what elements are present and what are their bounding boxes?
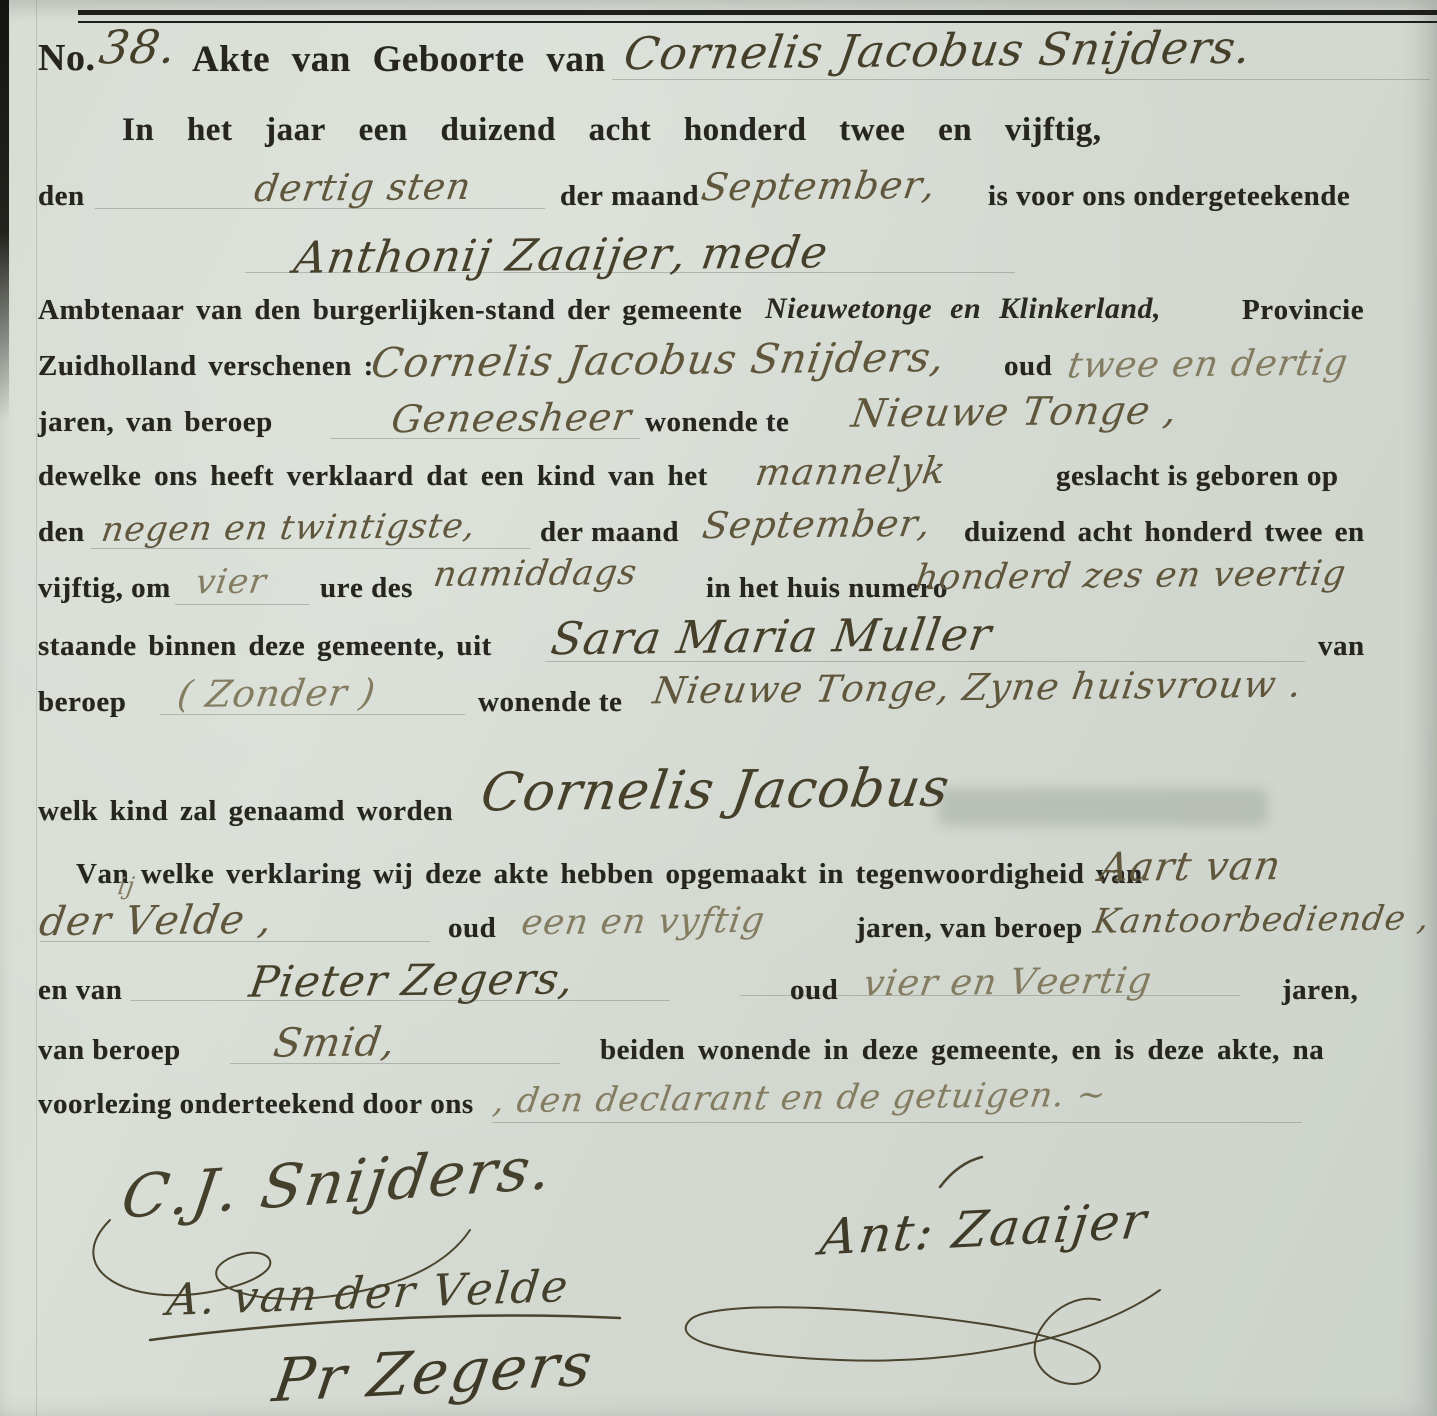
oud-label-3: oud	[790, 974, 838, 1007]
signature-official-flourish	[660, 1270, 1180, 1390]
municipality-name: Nieuwetonge en Klinkerland,	[765, 292, 1161, 326]
witness1-name-b: der Velde ,	[36, 897, 275, 945]
child-named-label: welk kind zal genaamd worden	[38, 795, 453, 828]
margin-line	[36, 0, 37, 1416]
day-part: namiddags	[431, 553, 640, 595]
van-label: van	[1318, 630, 1365, 663]
registrar-name: Anthonij Zaaijer, mede	[291, 227, 832, 284]
signed-by-handwritten: , den declarant en de getuigen. ~	[491, 1075, 1110, 1121]
jaren-label: jaren,	[1282, 974, 1358, 1007]
der-maand-label-2: der maand	[540, 516, 679, 549]
oud-label-2: oud	[448, 912, 496, 945]
wonende-te-1: wonende te	[645, 406, 789, 439]
wonende-te-2: wonende te	[478, 686, 622, 719]
birth-hour: vier	[193, 562, 269, 603]
jaren-van-beroep-1: jaren, van beroep	[38, 406, 273, 439]
declarant-residence: Nieuwe Tonge ,	[848, 388, 1180, 436]
den-label-2: den	[38, 516, 85, 549]
witness2-occupation: Smid,	[271, 1019, 399, 1066]
registered-child-name: Cornelis Jacobus Snijders.	[621, 21, 1256, 81]
act-title: Akte van Geboorte van	[192, 38, 605, 81]
ure-des-label: ure des	[320, 572, 413, 605]
jaren-van-beroep-2: jaren, van beroep	[856, 912, 1083, 945]
before-us-text: is voor ons ondergeteekende	[988, 180, 1350, 213]
both-residing: beiden wonende in deze gemeente, en is d…	[600, 1034, 1324, 1067]
house-number: honderd zes en veertig	[913, 554, 1349, 598]
mother-occupation: ( Zonder )	[175, 671, 379, 716]
top-rule-thick	[78, 10, 1437, 15]
fifty-at: vijftig, om	[38, 572, 171, 605]
en-van-label: en van	[38, 974, 122, 1007]
act-number-value: 38.	[96, 20, 180, 75]
witness1-occupation: Kantoorbediende ,	[1091, 898, 1433, 942]
province-appeared: Zuidholland verschenen :	[38, 350, 374, 383]
year-sentence: In het jaar een duizend acht honderd twe…	[122, 112, 1101, 149]
birth-year-tail: duizend acht honderd twee en	[964, 516, 1365, 549]
child-given-names: Cornelis Jacobus	[477, 758, 954, 824]
fill-line	[612, 79, 1430, 80]
signature-official-accent	[930, 1152, 990, 1192]
standing-within: staande binnen deze gemeente, uit	[38, 630, 492, 663]
declared-that: dewelke ons heeft verklaard dat een kind…	[38, 460, 708, 493]
act-number-label: No.	[38, 36, 95, 80]
birth-certificate-page: No. 38. Akte van Geboorte van Cornelis J…	[0, 0, 1437, 1416]
beroep-label: beroep	[38, 686, 126, 719]
mother-name: Sara Maria Muller	[548, 608, 996, 666]
born-on-text: geslacht is geboren op	[1056, 460, 1338, 493]
der-maand-label: der maand	[560, 180, 699, 213]
witness1-age: een en vyftig	[519, 901, 768, 944]
declarant-occupation: Geneesheer	[389, 395, 635, 442]
registrar-title: Ambtenaar van den burgerlijken-stand der…	[38, 294, 742, 327]
house-numero-label: in het huis numero	[706, 572, 948, 605]
witness-intro: Van welke verklaring wij deze akte hebbe…	[76, 858, 1143, 891]
child-gender: mannelyk	[753, 449, 950, 494]
registration-month: September,	[699, 163, 940, 209]
fill-line	[175, 604, 310, 605]
provincie-label: Provincie	[1242, 294, 1364, 327]
ink-bleedthrough	[938, 788, 1268, 826]
witness1-correction: ij	[116, 872, 137, 900]
scan-edge-shadow	[0, 0, 9, 420]
registration-day: dertig sten	[252, 165, 475, 210]
birth-month: September,	[700, 502, 935, 547]
oud-label-1: oud	[1004, 350, 1052, 383]
witness2-name: Pieter Zegers,	[246, 954, 578, 1007]
birth-day: negen en twintigste,	[99, 506, 479, 550]
signature-official: Ant: Zaaijer	[817, 1192, 1151, 1267]
declarant-name: Cornelis Jacobus Snijders,	[368, 333, 948, 387]
fill-line	[492, 1122, 1302, 1123]
mother-residence: Nieuwe Tonge, Zyne huisvrouw .	[650, 663, 1305, 713]
witness2-age: vier en Veertig	[861, 960, 1155, 1004]
witness1-name-a: Aart van	[1096, 843, 1284, 891]
declarant-age: twee en dertig	[1065, 343, 1351, 387]
den-label: den	[38, 180, 85, 213]
van-beroep-label: van beroep	[38, 1034, 181, 1067]
after-reading: voorlezing onderteekend door ons	[38, 1088, 474, 1121]
